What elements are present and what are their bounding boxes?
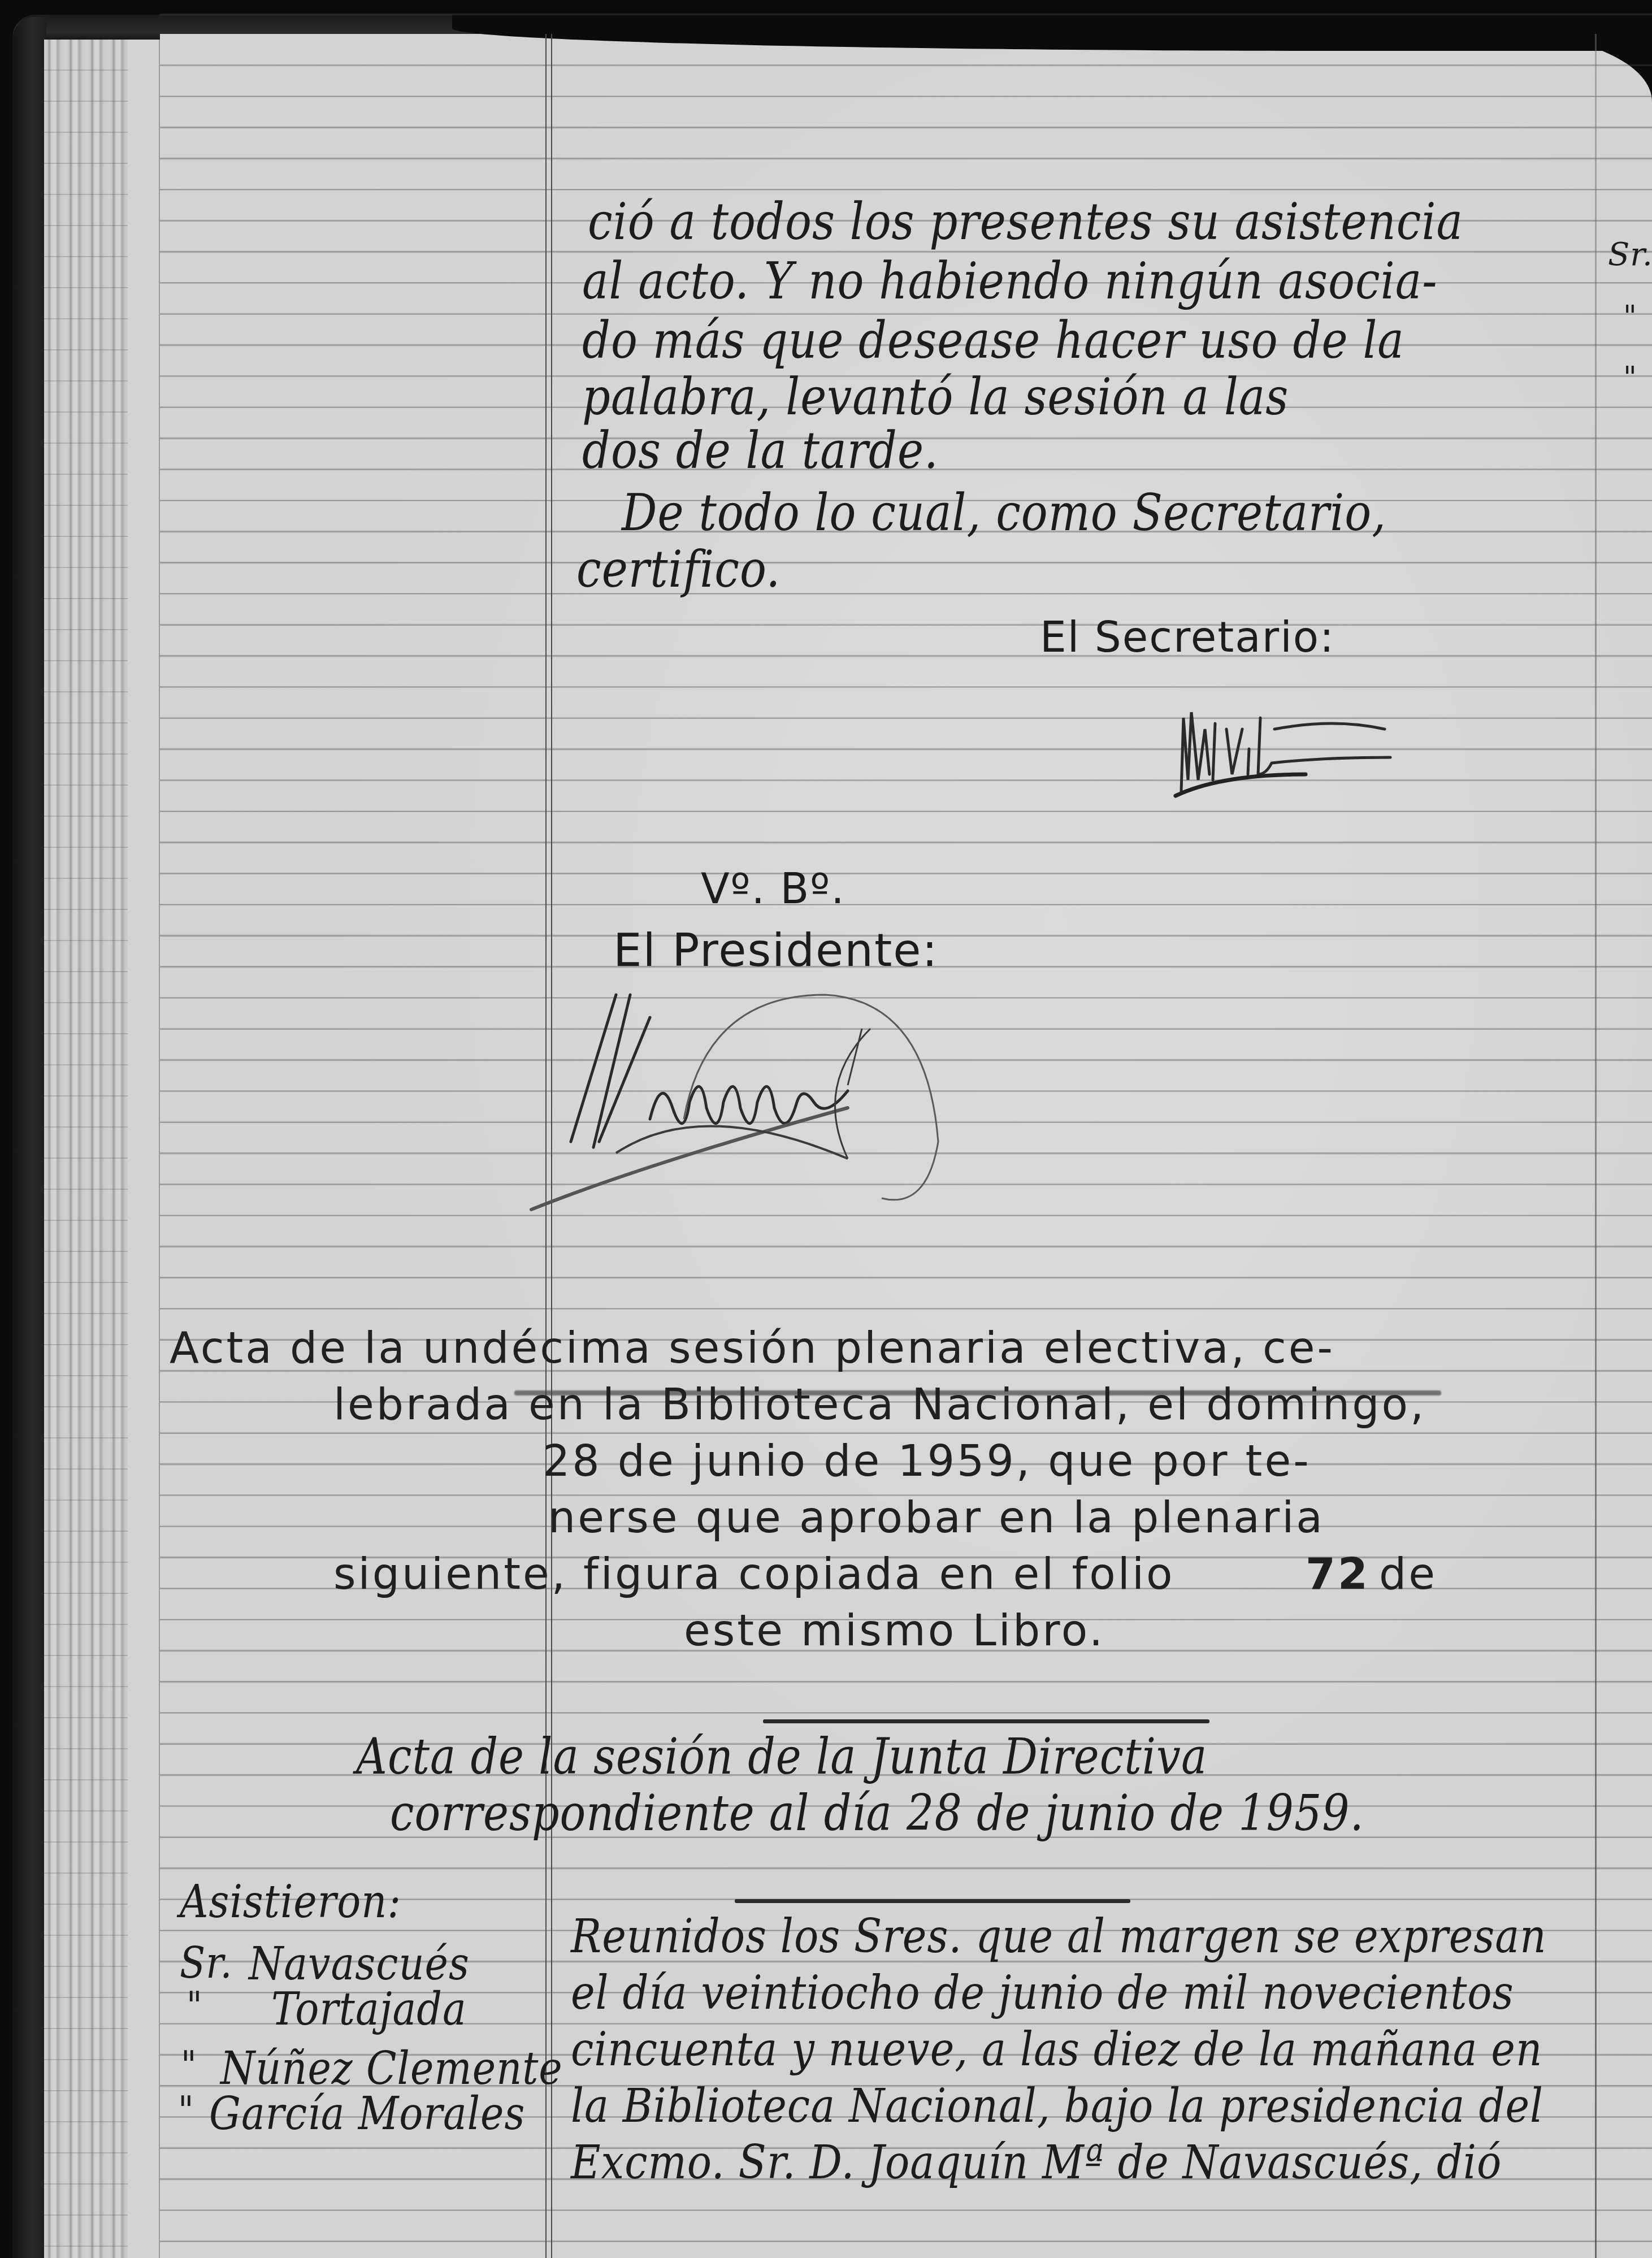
attendee-name: García Morales: [209, 2087, 525, 2140]
body-line: cincuenta y nueve, a las diez de la maña…: [571, 2022, 1542, 2077]
continuation-line: dos de la tarde.: [582, 422, 939, 481]
page-fold: [1595, 34, 1597, 2258]
attendees-heading: Asistieron:: [180, 1875, 401, 1928]
signature-secretary: [1176, 695, 1413, 799]
plenary-line: Acta de la undécima sesión plenaria elec…: [170, 1323, 1335, 1373]
board-heading: correspondiente al día 28 de junio de 19…: [390, 1784, 1364, 1842]
book-cover-spine: [12, 17, 46, 2258]
plenary-line: lebrada en la Biblioteca Nacional, el do…: [333, 1379, 1426, 1429]
attendee-name: Tortajada: [271, 1983, 467, 2036]
folio-suffix: de: [1379, 1549, 1437, 1599]
president-title: El Presidente:: [613, 924, 939, 977]
attendee-prefix: Sr.: [180, 1938, 233, 1988]
folio-number: 72: [1306, 1549, 1370, 1599]
section-divider: [763, 1719, 1209, 1723]
margin-note-ditto-1: ": [1623, 300, 1637, 333]
plenary-line: este mismo Libro.: [684, 1605, 1105, 1655]
signature-president: [531, 972, 1068, 1212]
body-line: Excmo. Sr. D. Joaquín Mª de Navascués, d…: [571, 2135, 1502, 2190]
margin-note-ditto-2: ": [1623, 361, 1637, 395]
body-line: la Biblioteca Nacional, bajo la presiden…: [571, 2078, 1543, 2133]
stacked-page-edges: [44, 40, 160, 2258]
body-line: Reunidos los Sres. que al margen se expr…: [571, 1909, 1547, 1964]
certification-line: certifico.: [576, 541, 781, 600]
plenary-line: siguiente, figura copiada en el folio: [333, 1549, 1175, 1599]
vobo-label: Vº. Bº.: [701, 865, 845, 913]
body-line: el día veintiocho de junio de mil noveci…: [571, 1965, 1514, 2020]
margin-note-sr: Sr.: [1608, 236, 1652, 273]
continuation-line: palabra, levantó la sesión a las: [582, 369, 1289, 427]
section-divider: [735, 1899, 1130, 1903]
plenary-line: 28 de junio de 1959, que por te-: [543, 1436, 1311, 1486]
previous-sheet-edge: [128, 40, 160, 2258]
plenary-line: nerse que aprobar en la plenaria: [548, 1492, 1325, 1542]
certification-line: De todo lo cual, como Secretario,: [622, 484, 1386, 543]
attendee-prefix: ": [178, 2088, 194, 2134]
board-heading: Acta de la sesión de la Junta Directiva: [356, 1728, 1207, 1785]
continuation-line: do más que desease hacer uso de la: [582, 312, 1404, 371]
attendee-prefix: ": [181, 2043, 197, 2089]
continuation-line: al acto. Y no habiendo ningún asocia-: [582, 253, 1438, 311]
continuation-line: ció a todos los presentes su asistencia: [588, 193, 1463, 252]
secretary-title: El Secretario:: [1040, 613, 1335, 662]
attendee-prefix: ": [187, 1984, 203, 2030]
